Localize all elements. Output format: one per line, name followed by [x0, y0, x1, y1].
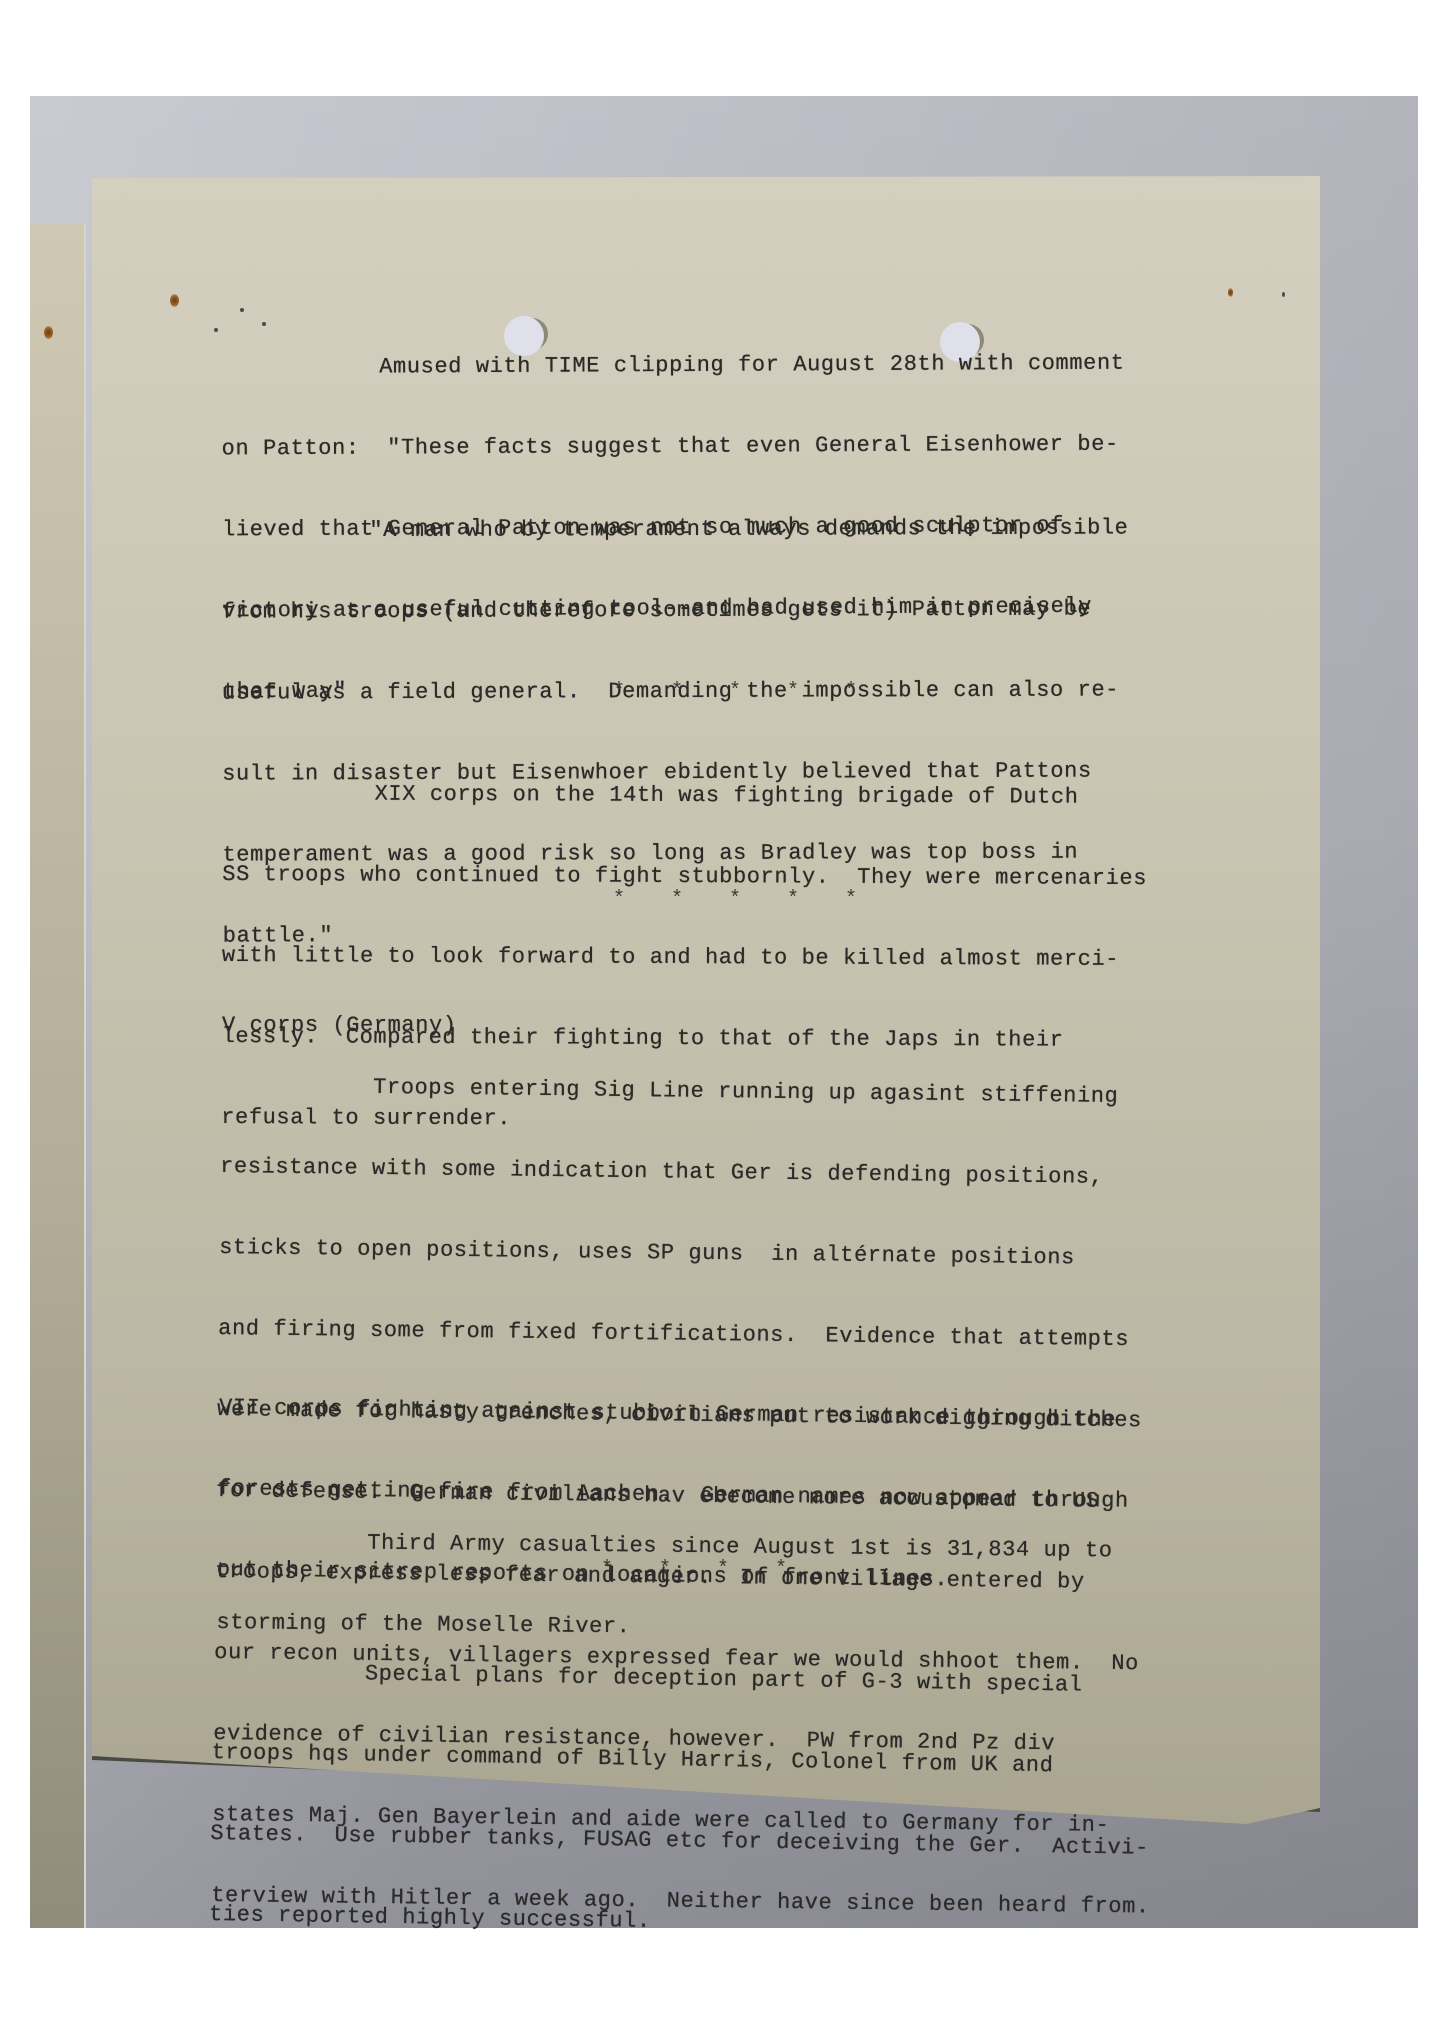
rust-spot	[1228, 288, 1233, 297]
separator-star: *	[822, 680, 880, 703]
rust-spot	[44, 326, 53, 339]
text-line: Amused with TIME clipping for August 28t…	[221, 350, 1124, 382]
separator-star: *	[636, 1558, 694, 1581]
paper-fleck	[214, 328, 218, 332]
text-line: Special plans for deception part of G-3 …	[213, 1658, 1152, 1700]
text-line: troops hqs under command of Billy Harris…	[211, 1739, 1150, 1781]
separator-star: *	[706, 888, 764, 911]
text-line: on Patton: "These facts suggest that eve…	[222, 431, 1125, 463]
text-line: Troops entering Sig Line running up agas…	[221, 1072, 1160, 1110]
section-separator: *****	[590, 888, 880, 911]
section-separator: *****	[590, 680, 880, 703]
paper-fleck	[1282, 292, 1285, 297]
text-line: "A man who by temperament always demands…	[221, 514, 1128, 544]
text-line: sticks to open positions, uses SP guns i…	[219, 1234, 1158, 1272]
separator-star: *	[590, 680, 648, 703]
separator-star: *	[590, 888, 648, 911]
separator-star: *	[694, 1558, 752, 1581]
rust-spot	[170, 294, 179, 307]
separator-star: *	[822, 888, 880, 911]
separator-star: *	[752, 1558, 810, 1581]
text-line: ties reported highly successful.	[209, 1901, 1148, 1943]
text-line: VII corps fighting against stubborn Germ…	[219, 1394, 1130, 1434]
separator-star: *	[764, 888, 822, 911]
text-line: resistance with some indication that Ger…	[220, 1153, 1159, 1191]
separator-star: *	[764, 680, 822, 703]
text-line: from his troops (and therefore sometimes…	[222, 595, 1129, 625]
text-line: States. Use rubber tanks, FUSAG etc for …	[210, 1820, 1149, 1862]
separator-star: *	[648, 680, 706, 703]
section-separator: ****	[578, 1558, 810, 1581]
paragraph-special-plans: Special plans for deception part of G-3 …	[208, 1604, 1152, 1970]
text-line: XIX corps on the 14th was fighting briga…	[223, 780, 1148, 811]
separator-star: *	[648, 888, 706, 911]
separator-star: *	[706, 680, 764, 703]
separator-star: *	[578, 1558, 636, 1581]
underlying-page-edge	[30, 224, 86, 1928]
